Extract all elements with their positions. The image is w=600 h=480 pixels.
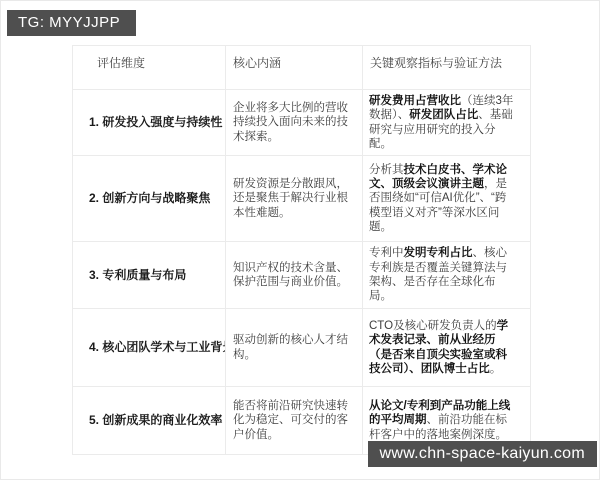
tg-watermark-badge: TG: MYYJJPP [7, 10, 136, 36]
table-row: 3. 专利质量与布局 知识产权的技术含量、保护范围与商业价值。 专利中发明专利占… [73, 242, 531, 309]
column-header-indicators: 关键观察指标与验证方法 [363, 46, 531, 90]
indicators-cell: 分析其技术白皮书、学术论文、顶级会议演讲主题，是否围绕如“可信AI优化”、“跨模… [363, 156, 531, 242]
dimension-cell: 5. 创新成果的商业化效率 [73, 387, 226, 455]
indicators-cell: 专利中发明专利占比、核心专利族是否覆盖关键算法与架构、是否存在全球化布局。 [363, 242, 531, 309]
indicators-cell: 研发费用占营收比（连续3年数据）、研发团队占比、基础研究与应用研究的投入分配。 [363, 90, 531, 156]
table-row: 2. 创新方向与战略聚焦 研发资源是分散跟风，还是聚焦于解决行业根本性难题。 分… [73, 156, 531, 242]
core-cell: 研发资源是分散跟风，还是聚焦于解决行业根本性难题。 [226, 156, 363, 242]
core-cell: 驱动创新的核心人才结构。 [226, 309, 363, 387]
column-header-dimension: 评估维度 [73, 46, 226, 90]
table-row: 1. 研发投入强度与持续性 企业将多大比例的营收持续投入面向未来的技术探索。 研… [73, 90, 531, 156]
dimension-cell: 1. 研发投入强度与持续性 [73, 90, 226, 156]
screenshot-root: { "badges": { "tg_label": "TG: MYYJJPP",… [0, 0, 600, 480]
table-row: 4. 核心团队学术与工业背景 驱动创新的核心人才结构。 CTO及核心研发负责人的… [73, 309, 531, 387]
table-header-row: 评估维度 核心内涵 关键观察指标与验证方法 [73, 46, 531, 90]
core-cell: 知识产权的技术含量、保护范围与商业价值。 [226, 242, 363, 309]
indicators-cell: CTO及核心研发负责人的学术发表记录、前从业经历（是否来自顶尖实验室或科技公司）… [363, 309, 531, 387]
evaluation-table: 评估维度 核心内涵 关键观察指标与验证方法 1. 研发投入强度与持续性 企业将多… [72, 45, 531, 455]
core-cell: 能否将前沿研究快速转化为稳定、可交付的客户价值。 [226, 387, 363, 455]
website-watermark-badge: www.chn-space-kaiyun.com [368, 441, 598, 467]
core-cell: 企业将多大比例的营收持续投入面向未来的技术探索。 [226, 90, 363, 156]
dimension-cell: 2. 创新方向与战略聚焦 [73, 156, 226, 242]
column-header-core: 核心内涵 [226, 46, 363, 90]
dimension-cell: 4. 核心团队学术与工业背景 [73, 309, 226, 387]
dimension-cell: 3. 专利质量与布局 [73, 242, 226, 309]
